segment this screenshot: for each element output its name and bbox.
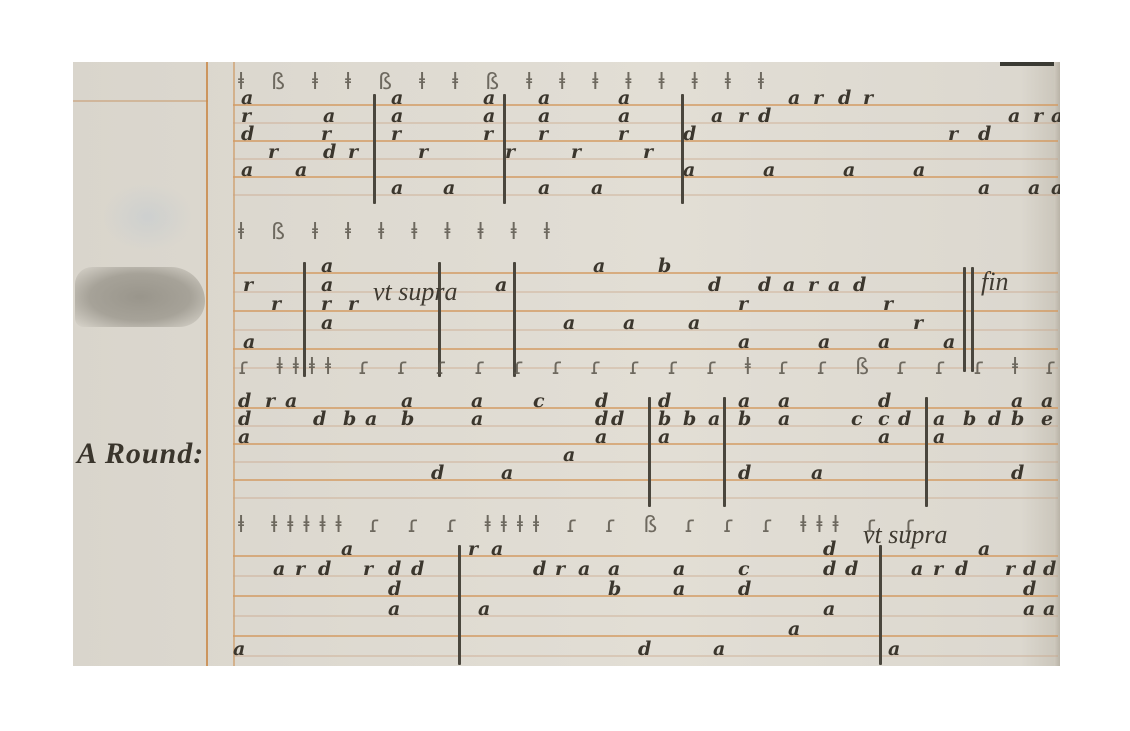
tab-letter: b [343,410,356,429]
tab-letter: d [683,125,696,144]
staff-line [233,329,1058,331]
rhythm-flags: ɾ ⱡⱡⱡⱡ ɾ ɾ ɾ ɾ ɾ ɾ ɾ ɾ ɾ ɾ ⱡ ɾ ɾ ß ɾ ɾ ɾ… [238,357,1060,379]
tab-letter: a [295,161,307,180]
tablature-system-4: ⱡ ⱡⱡⱡⱡⱡ ɾ ɾ ɾ ⱡⱡⱡⱡ ɾ ɾ ß ɾ ɾ ɾ ⱡⱡⱡ ɾ ɾvt… [233,507,1058,666]
staff-line [233,194,1058,196]
binding-shadow [1000,62,1060,66]
tab-letter: a [978,540,990,559]
tab-letter: a [828,276,840,295]
staff-line [233,348,1058,350]
tab-letter: a [241,161,253,180]
staff-line [233,272,1058,274]
tab-letter: a [273,560,285,579]
tab-letter: d [845,560,858,579]
tab-letter: a [738,333,750,352]
tab-letter: a [243,333,255,352]
tab-letter: d [313,410,326,429]
tab-letter: r [738,107,748,126]
tab-letter: r [1033,107,1043,126]
vt-supra-annotation: vt supra [863,520,948,550]
tab-letter: a [478,600,490,619]
staff-line [233,461,1058,463]
tab-letter: r [863,89,873,108]
tab-letter: a [501,464,513,483]
tab-letter: r [363,560,373,579]
tab-letter: b [738,410,751,429]
staff-line [233,122,1058,124]
tab-letter: d [533,560,546,579]
ink-smudge [75,267,205,327]
tab-letter: a [888,640,900,659]
tab-letter: d [823,540,836,559]
tab-letter: a [763,161,775,180]
tab-letter: a [1023,600,1035,619]
barline [648,397,651,507]
tab-letter: a [913,161,925,180]
tab-letter: d [1023,560,1036,579]
tab-letter: a [608,560,620,579]
tab-letter: r [243,276,253,295]
tab-letter: r [268,143,278,162]
tab-letter: b [658,257,671,276]
tab-letter: a [713,640,725,659]
tab-letter: a [578,560,590,579]
tab-letter: a [591,179,603,198]
tab-letter: d [988,410,1001,429]
tab-letter: d [241,125,254,144]
tab-letter: r [483,125,493,144]
tab-letter: d [955,560,968,579]
tab-letter: r [391,125,401,144]
tab-letter: a [658,428,670,447]
tab-letter: e [1041,410,1053,429]
tab-letter: a [1008,107,1020,126]
tab-letter: a [683,161,695,180]
barline [458,545,461,665]
tab-letter: c [533,392,545,411]
tab-letter: a [878,333,890,352]
staff-line [233,555,1058,557]
tab-letter: r [738,295,748,314]
tab-letter: a [593,257,605,276]
tab-letter: a [783,276,795,295]
tab-letter: d [638,640,651,659]
tab-letter: c [738,560,750,579]
tab-letter: d [388,580,401,599]
tab-letter: d [1043,560,1056,579]
staff-line [233,176,1058,178]
tab-letter: r [618,125,628,144]
tab-letter: d [978,125,991,144]
tab-letter: r [571,143,581,162]
staff-line [233,615,1058,617]
tab-letter: a [708,410,720,429]
tab-letter: a [673,560,685,579]
barline [925,397,928,507]
tab-letter: r [813,89,823,108]
tab-letter: a [563,314,575,333]
staff-line [233,635,1058,637]
rhythm-flags: ⱡ ß ⱡ ⱡ ß ⱡ ⱡ ß ⱡ ⱡ ⱡ ⱡ ⱡ ⱡ ⱡ ⱡ [238,72,774,94]
margin-ruling [73,100,208,102]
tab-letter: a [818,333,830,352]
tab-letter: r [913,314,923,333]
tab-letter: d [738,464,751,483]
tab-letter: r [348,143,358,162]
tab-letter: a [788,89,800,108]
tab-letter: b [401,410,414,429]
tab-letter: r [538,125,548,144]
tab-letter: r [933,560,943,579]
tab-letter: a [321,314,333,333]
tab-letter: a [388,600,400,619]
tab-letter: b [963,410,976,429]
tab-letter: a [1051,107,1060,126]
tab-letter: r [348,295,358,314]
tab-letter: r [468,540,478,559]
tab-letter: d [1011,464,1024,483]
vt-supra-annotation: vt supra [373,277,458,307]
tab-letter: r [265,392,275,411]
margin-rule-left [206,62,208,666]
tab-letter: d [1023,580,1036,599]
tab-letter: a [788,620,800,639]
tab-letter: d [823,560,836,579]
tab-letter: a [443,179,455,198]
tab-letter: a [471,410,483,429]
tab-letter: a [711,107,723,126]
tab-letter: a [943,333,955,352]
tab-letter: d [758,107,771,126]
tab-letter: a [233,640,245,659]
tab-letter: b [683,410,696,429]
tab-letter: a [391,179,403,198]
tab-letter: a [491,540,503,559]
tab-letter: a [341,540,353,559]
tab-letter: a [238,428,250,447]
tab-letter: r [808,276,818,295]
tab-letter: r [643,143,653,162]
staff-line [233,497,1058,499]
tab-letter: r [1005,560,1015,579]
barline [723,397,726,507]
tablature-system-1: ⱡ ß ⱡ ⱡ ß ⱡ ⱡ ß ⱡ ⱡ ⱡ ⱡ ⱡ ⱡ ⱡ ⱡardaraard… [233,72,1058,212]
tab-letter: d [838,89,851,108]
tab-letter: a [495,276,507,295]
tab-letter: a [878,428,890,447]
tab-letter: d [708,276,721,295]
tab-letter: a [978,179,990,198]
barline [373,94,376,204]
tab-letter: a [365,410,377,429]
tab-letter: d [853,276,866,295]
fin-marking: fin [981,267,1008,297]
section-label: A Round: [77,437,204,471]
rhythm-flags: ⱡ ß ⱡ ⱡ ⱡ ⱡ ⱡ ⱡ ⱡ ⱡ [238,222,560,244]
tab-letter: a [911,560,923,579]
tab-letter: a [1043,600,1055,619]
tab-letter: a [1028,179,1040,198]
tab-letter: b [1011,410,1024,429]
tab-letter: a [285,392,297,411]
tab-letter: d [318,560,331,579]
tab-letter: d [898,410,911,429]
barline [681,94,684,204]
tab-letter: a [843,161,855,180]
tab-letter: r [271,295,281,314]
staff-line [233,104,1058,106]
barline [879,545,882,665]
tab-letter: r [505,143,515,162]
bleed-through-stain [103,182,193,252]
tab-letter: d [388,560,401,579]
tab-letter: a [595,428,607,447]
tab-letter: a [538,179,550,198]
tab-letter: c [851,410,863,429]
tab-letter: a [673,580,685,599]
tablature-system-3: ɾ ⱡⱡⱡⱡ ɾ ɾ ɾ ɾ ɾ ɾ ɾ ɾ ɾ ɾ ⱡ ɾ ɾ ß ɾ ɾ ɾ… [233,357,1058,507]
tab-letter: r [295,560,305,579]
staff-line [233,479,1058,481]
tab-letter: b [608,580,621,599]
tab-letter: a [623,314,635,333]
tab-letter: r [418,143,428,162]
rhythm-flags: ⱡ ⱡⱡⱡⱡⱡ ɾ ɾ ɾ ⱡⱡⱡⱡ ɾ ɾ ß ɾ ɾ ɾ ⱡⱡⱡ ɾ ɾ [238,515,926,537]
tab-letter: a [778,410,790,429]
tablature-system-2: ⱡ ß ⱡ ⱡ ⱡ ⱡ ⱡ ⱡ ⱡ ⱡfinvt suprararaararaa… [233,222,1058,362]
tab-letter: d [738,580,751,599]
tab-letter: d [758,276,771,295]
tab-letter: a [811,464,823,483]
tab-letter: r [555,560,565,579]
tab-letter: d [411,560,424,579]
tab-letter: r [883,295,893,314]
tab-letter: a [563,446,575,465]
tab-letter: d [431,464,444,483]
tab-letter: r [948,125,958,144]
tab-letter: a [1051,179,1060,198]
manuscript-page: A Round: ⱡ ß ⱡ ⱡ ß ⱡ ⱡ ß ⱡ ⱡ ⱡ ⱡ ⱡ ⱡ ⱡ ⱡ… [73,62,1060,666]
tab-letter: d [323,143,336,162]
tab-letter: a [688,314,700,333]
staff-line [233,595,1058,597]
tab-letter: a [933,428,945,447]
tab-letter: a [823,600,835,619]
tab-letter: d [611,410,624,429]
